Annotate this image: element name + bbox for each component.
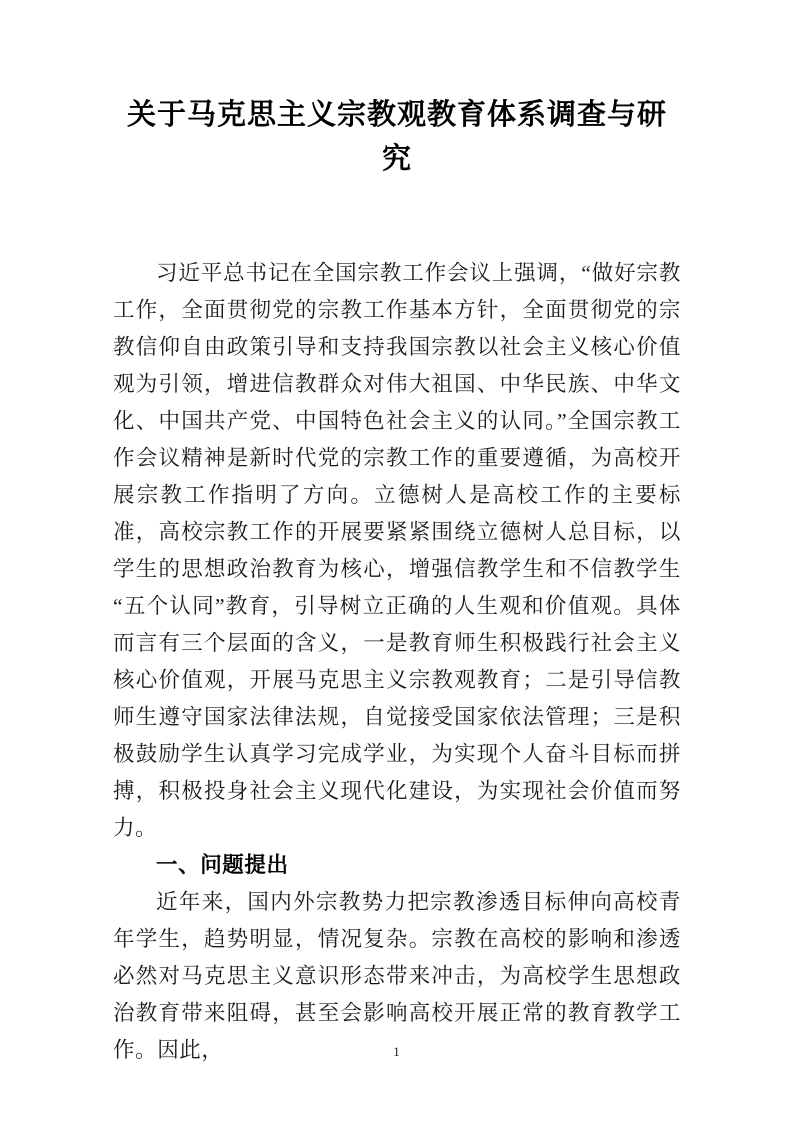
page-number: 1 xyxy=(393,1044,400,1059)
section-paragraph-problem-statement: 近年来，国内外宗教势力把宗教渗透目标伸向高校青年学生，趋势明显，情况复杂。宗教在… xyxy=(113,884,681,1069)
page-footer: 1 xyxy=(0,1044,793,1060)
document-title: 关于马克思主义宗教观教育体系调查与研究 xyxy=(113,93,681,181)
section-heading-problem-statement: 一、问题提出 xyxy=(113,847,681,884)
document-page: 关于马克思主义宗教观教育体系调查与研究 习近平总书记在全国宗教工作会议上强调，“… xyxy=(0,0,793,1122)
intro-paragraph: 习近平总书记在全国宗教工作会议上强调，“做好宗教工作，全面贯彻党的宗教工作基本方… xyxy=(113,255,681,847)
